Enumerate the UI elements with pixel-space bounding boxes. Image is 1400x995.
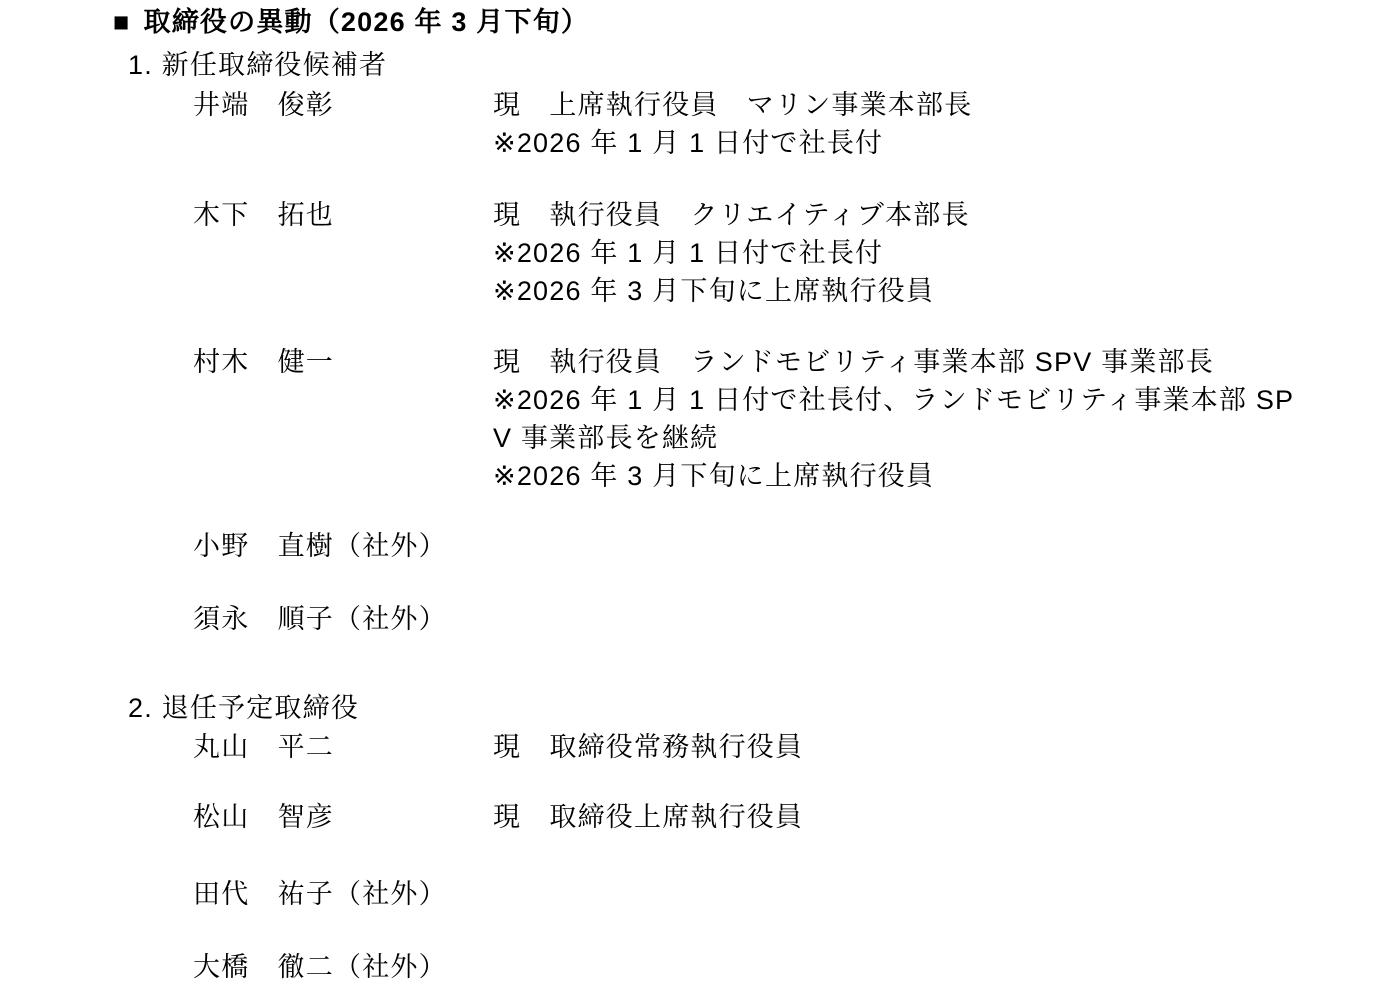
entry-description-line: ※2026 年 1 月 1 日付で社長付 — [493, 124, 1303, 162]
entry-description-line: ※2026 年 3 月下旬に上席執行役員 — [493, 272, 1303, 310]
entry-description-line: ※2026 年 1 月 1 日付で社長付 — [493, 234, 1303, 272]
entry-row: 松山 智彦 現 取締役上席執行役員 — [193, 798, 1360, 836]
black-square-icon: ■ — [113, 3, 131, 41]
entry-name: 木下 拓也 — [193, 196, 334, 234]
entry-name: 丸山 平二 — [193, 728, 334, 766]
entry-row: 井端 俊彰 現 上席執行役員 マリン事業本部長 ※2026 年 1 月 1 日付… — [193, 86, 1360, 162]
entry-row: 村木 健一 現 執行役員 ランドモビリティ事業本部 SPV 事業部長 ※2026… — [193, 343, 1360, 495]
entry-description-line: 現 執行役員 クリエイティブ本部長 — [493, 196, 1303, 234]
entry-description: 現 執行役員 クリエイティブ本部長 ※2026 年 1 月 1 日付で社長付 ※… — [493, 196, 1303, 310]
entry-description: 現 執行役員 ランドモビリティ事業本部 SPV 事業部長 ※2026 年 1 月… — [493, 343, 1303, 495]
entry-name: 村木 健一 — [193, 343, 334, 381]
entry-name: 大橋 徹二（社外） — [193, 948, 447, 986]
entry-description-line: ※2026 年 3 月下旬に上席執行役員 — [493, 457, 1303, 495]
entry-description: 現 取締役常務執行役員 — [493, 728, 1303, 766]
entry-name: 松山 智彦 — [193, 798, 334, 836]
entry-description-line: 現 取締役上席執行役員 — [493, 798, 1303, 836]
entry-description-line: 現 取締役常務執行役員 — [493, 728, 1303, 766]
entry-description-line: 現 上席執行役員 マリン事業本部長 — [493, 86, 1303, 124]
entry-description-line: ※2026 年 1 月 1 日付で社長付、ランドモビリティ事業本部 SPV 事業… — [493, 381, 1303, 457]
document-title-text: 取締役の異動（2026 年 3 月下旬） — [144, 7, 590, 37]
entry-row: 丸山 平二 現 取締役常務執行役員 — [193, 728, 1360, 766]
entry-description-line: 現 執行役員 ランドモビリティ事業本部 SPV 事業部長 — [493, 343, 1303, 381]
entry-row: 木下 拓也 現 執行役員 クリエイティブ本部長 ※2026 年 1 月 1 日付… — [193, 196, 1360, 310]
section-heading-new-directors: 1. 新任取締役候補者 — [128, 46, 387, 84]
entry-description: 現 取締役上席執行役員 — [493, 798, 1303, 836]
section-heading-retiring-directors: 2. 退任予定取締役 — [128, 689, 359, 727]
document-title: ■取締役の異動（2026 年 3 月下旬） — [113, 3, 589, 41]
press-release-document: ■取締役の異動（2026 年 3 月下旬） 1. 新任取締役候補者 井端 俊彰 … — [0, 0, 1400, 995]
entry-name: 田代 祐子（社外） — [193, 875, 447, 913]
entry-name: 須永 順子（社外） — [193, 600, 447, 638]
entry-description: 現 上席執行役員 マリン事業本部長 ※2026 年 1 月 1 日付で社長付 — [493, 86, 1303, 162]
entry-name: 井端 俊彰 — [193, 86, 334, 124]
entry-name: 小野 直樹（社外） — [193, 527, 447, 565]
